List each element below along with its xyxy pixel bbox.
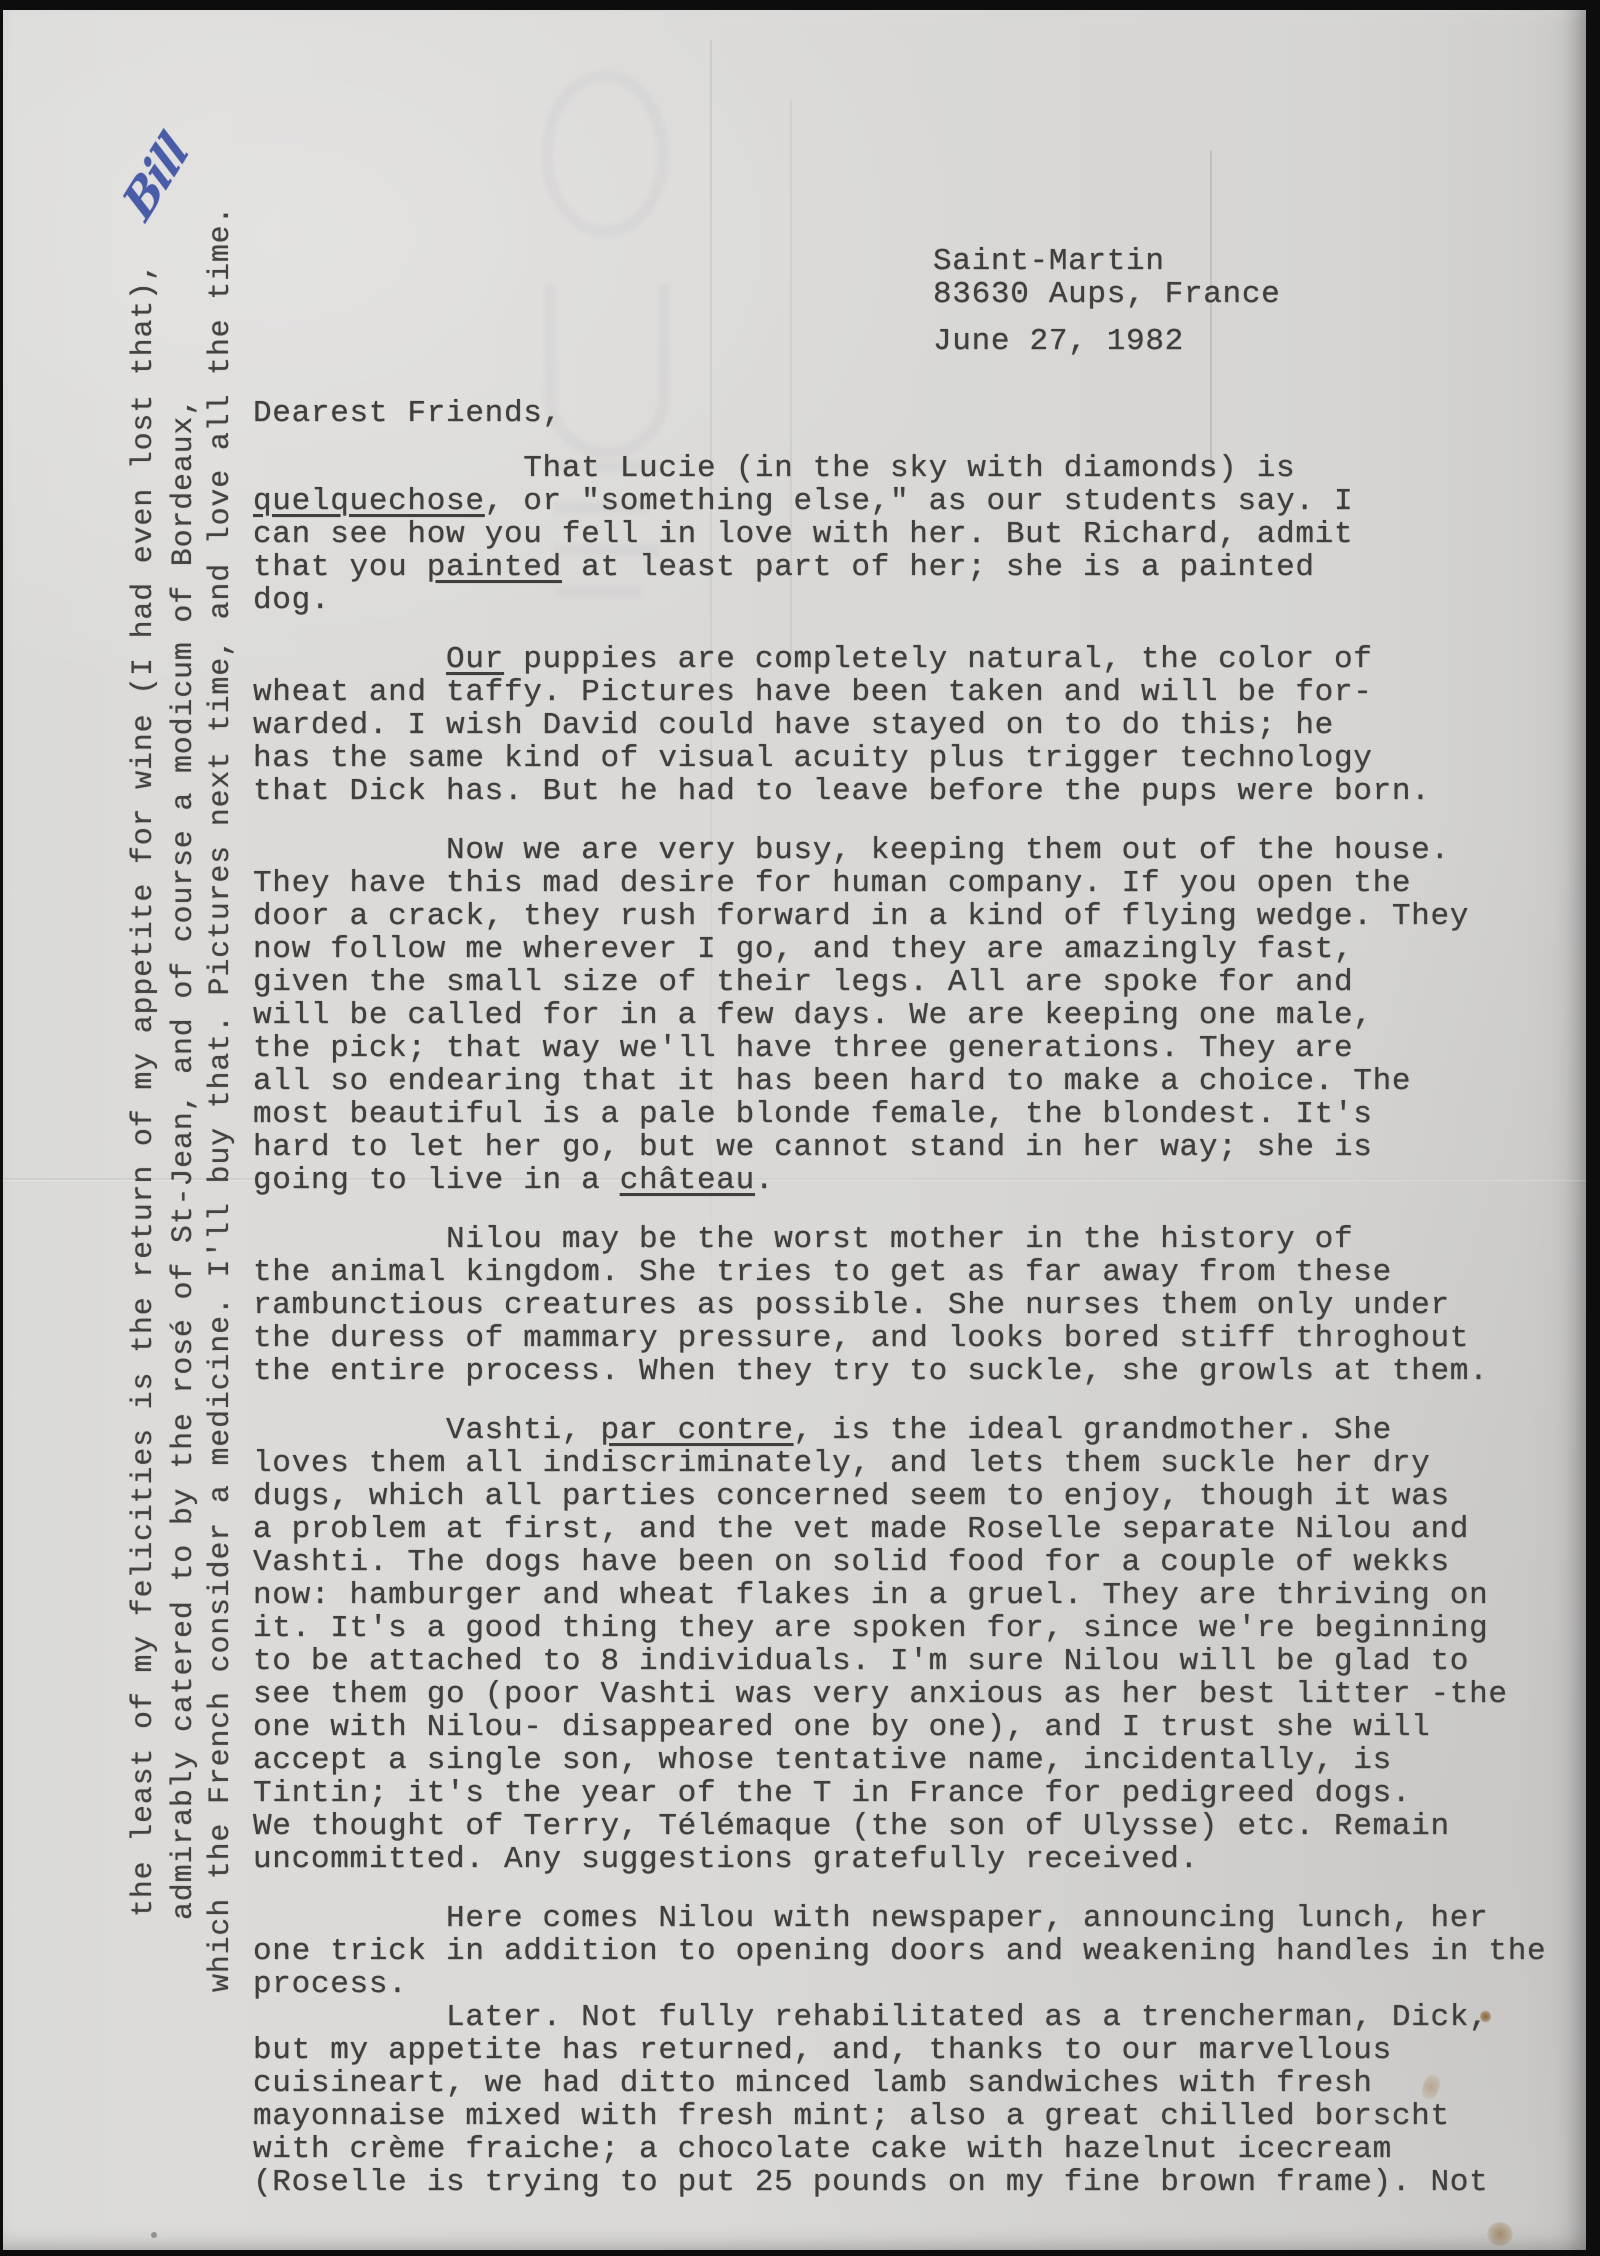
typed-line: door a crack, they rush forward in a kin…: [253, 900, 1568, 933]
typed-line: most beautiful is a pale blonde female, …: [253, 1098, 1568, 1131]
handwritten-note: Bill: [114, 124, 197, 230]
typed-line: going to live in a château.: [253, 1164, 1568, 1197]
typed-line: warded. I wish David could have stayed o…: [253, 709, 1568, 742]
typed-line: can see how you fell in love with her. B…: [253, 518, 1568, 551]
typed-line: one with Nilou- disappeared one by one),…: [253, 1711, 1568, 1744]
paragraph: Our puppies are completely natural, the …: [253, 643, 1568, 808]
typed-line: given the small size of their legs. All …: [253, 966, 1568, 999]
typed-line: dog.: [253, 584, 1568, 617]
sender-location-line-2: 83630 Aups, France: [933, 278, 1280, 311]
letter-paper: the least of my felicities is the return…: [3, 10, 1586, 2250]
typed-line: loves them all indiscriminately, and let…: [253, 1447, 1568, 1480]
typed-line: That Lucie (in the sky with diamonds) is: [253, 452, 1568, 485]
sender-location-line-1: Saint-Martin: [933, 245, 1280, 278]
underlined-text: par contre: [600, 1413, 793, 1448]
typed-line: has the same kind of visual acuity plus …: [253, 742, 1568, 775]
typed-line: with crème fraiche; a chocolate cake wit…: [253, 2133, 1568, 2166]
underlined-text: Our: [446, 642, 504, 677]
typed-line: Now we are very busy, keeping them out o…: [253, 834, 1568, 867]
typed-line: mayonnaise mixed with fresh mint; also a…: [253, 2100, 1568, 2133]
typed-line: all so endearing that it has been hard t…: [253, 1065, 1568, 1098]
typed-line: quelquechose, or "something else," as ou…: [253, 485, 1568, 518]
typed-line: cuisineart, we had ditto minced lamb san…: [253, 2067, 1568, 2100]
letter-date: June 27, 1982: [933, 325, 1280, 358]
underlined-text: painted: [427, 550, 562, 585]
typed-line: Nilou may be the worst mother in the his…: [253, 1223, 1568, 1256]
typed-line: Vashti, par contre, is the ideal grandmo…: [253, 1414, 1568, 1447]
typed-line: Later. Not fully rehabilitated as a tren…: [253, 2001, 1568, 2034]
typed-line: will be called for in a few days. We are…: [253, 999, 1568, 1032]
paragraph: That Lucie (in the sky with diamonds) is…: [253, 452, 1568, 617]
rust-stain: [1487, 2222, 1513, 2246]
typed-line: that you painted at least part of her; s…: [253, 551, 1568, 584]
paragraph: Now we are very busy, keeping them out o…: [253, 834, 1568, 1197]
typed-line: see them go (poor Vashti was very anxiou…: [253, 1678, 1568, 1711]
typed-line: one trick in addition to opening doors a…: [253, 1935, 1568, 1968]
typed-line: process.: [253, 1968, 1568, 2001]
typed-line: a problem at first, and the vet made Ros…: [253, 1513, 1568, 1546]
typed-line: Our puppies are completely natural, the …: [253, 643, 1568, 676]
letter-header: Saint-Martin 83630 Aups, France June 27,…: [933, 245, 1280, 358]
margin-postscript-line-3: which the French consider a medicine. I'…: [205, 206, 237, 1992]
paragraph: Here comes Nilou with newspaper, announc…: [253, 1902, 1568, 2001]
underlined-text: quelquechose: [253, 484, 485, 519]
typed-line: We thought of Terry, Télémaque (the son …: [253, 1810, 1568, 1843]
margin-postscript-line-2: admirably catered to by the rosé of St-J…: [168, 397, 200, 1920]
typed-line: the duress of mammary pressure, and look…: [253, 1322, 1568, 1355]
typed-line: Vashti. The dogs have been on solid food…: [253, 1546, 1568, 1579]
typed-line: hard to let her go, but we cannot stand …: [253, 1131, 1568, 1164]
typed-line: Here comes Nilou with newspaper, announc…: [253, 1902, 1568, 1935]
typed-line: it. It's a good thing they are spoken fo…: [253, 1612, 1568, 1645]
typed-line: wheat and taffy. Pictures have been take…: [253, 676, 1568, 709]
paragraph: Vashti, par contre, is the ideal grandmo…: [253, 1414, 1568, 1876]
typed-line: now follow me wherever I go, and they ar…: [253, 933, 1568, 966]
typed-line: to be attached to 8 individuals. I'm sur…: [253, 1645, 1568, 1678]
typed-line: (Roselle is trying to put 25 pounds on m…: [253, 2166, 1568, 2199]
typed-line: that Dick has. But he had to leave befor…: [253, 775, 1568, 808]
salutation: Dearest Friends,: [253, 397, 1568, 430]
margin-postscript-line-1: the least of my felicities is the return…: [128, 262, 160, 1917]
paragraph: Nilou may be the worst mother in the his…: [253, 1223, 1568, 1388]
typed-line: the pick; that way we'll have three gene…: [253, 1032, 1568, 1065]
typed-line: They have this mad desire for human comp…: [253, 867, 1568, 900]
underlined-text: château: [620, 1163, 755, 1198]
letter-scan: the least of my felicities is the return…: [0, 0, 1600, 2256]
typed-line: the entire process. When they try to suc…: [253, 1355, 1568, 1388]
typed-line: Tintin; it's the year of the T in France…: [253, 1777, 1568, 1810]
paragraphs: That Lucie (in the sky with diamonds) is…: [253, 452, 1568, 2199]
typed-line: but my appetite has returned, and, thank…: [253, 2034, 1568, 2067]
letter-body: Dearest Friends, That Lucie (in the sky …: [253, 397, 1568, 2225]
typed-line: dugs, which all parties concerned seem t…: [253, 1480, 1568, 1513]
typed-line: now: hamburger and wheat flakes in a gru…: [253, 1579, 1568, 1612]
typed-line: accept a single son, whose tentative nam…: [253, 1744, 1568, 1777]
typed-line: rambunctious creatures as possible. She …: [253, 1289, 1568, 1322]
typed-line: uncommitted. Any suggestions gratefully …: [253, 1843, 1568, 1876]
paragraph: Later. Not fully rehabilitated as a tren…: [253, 2001, 1568, 2199]
typed-line: the animal kingdom. She tries to get as …: [253, 1256, 1568, 1289]
ink-speck: [151, 2232, 157, 2238]
